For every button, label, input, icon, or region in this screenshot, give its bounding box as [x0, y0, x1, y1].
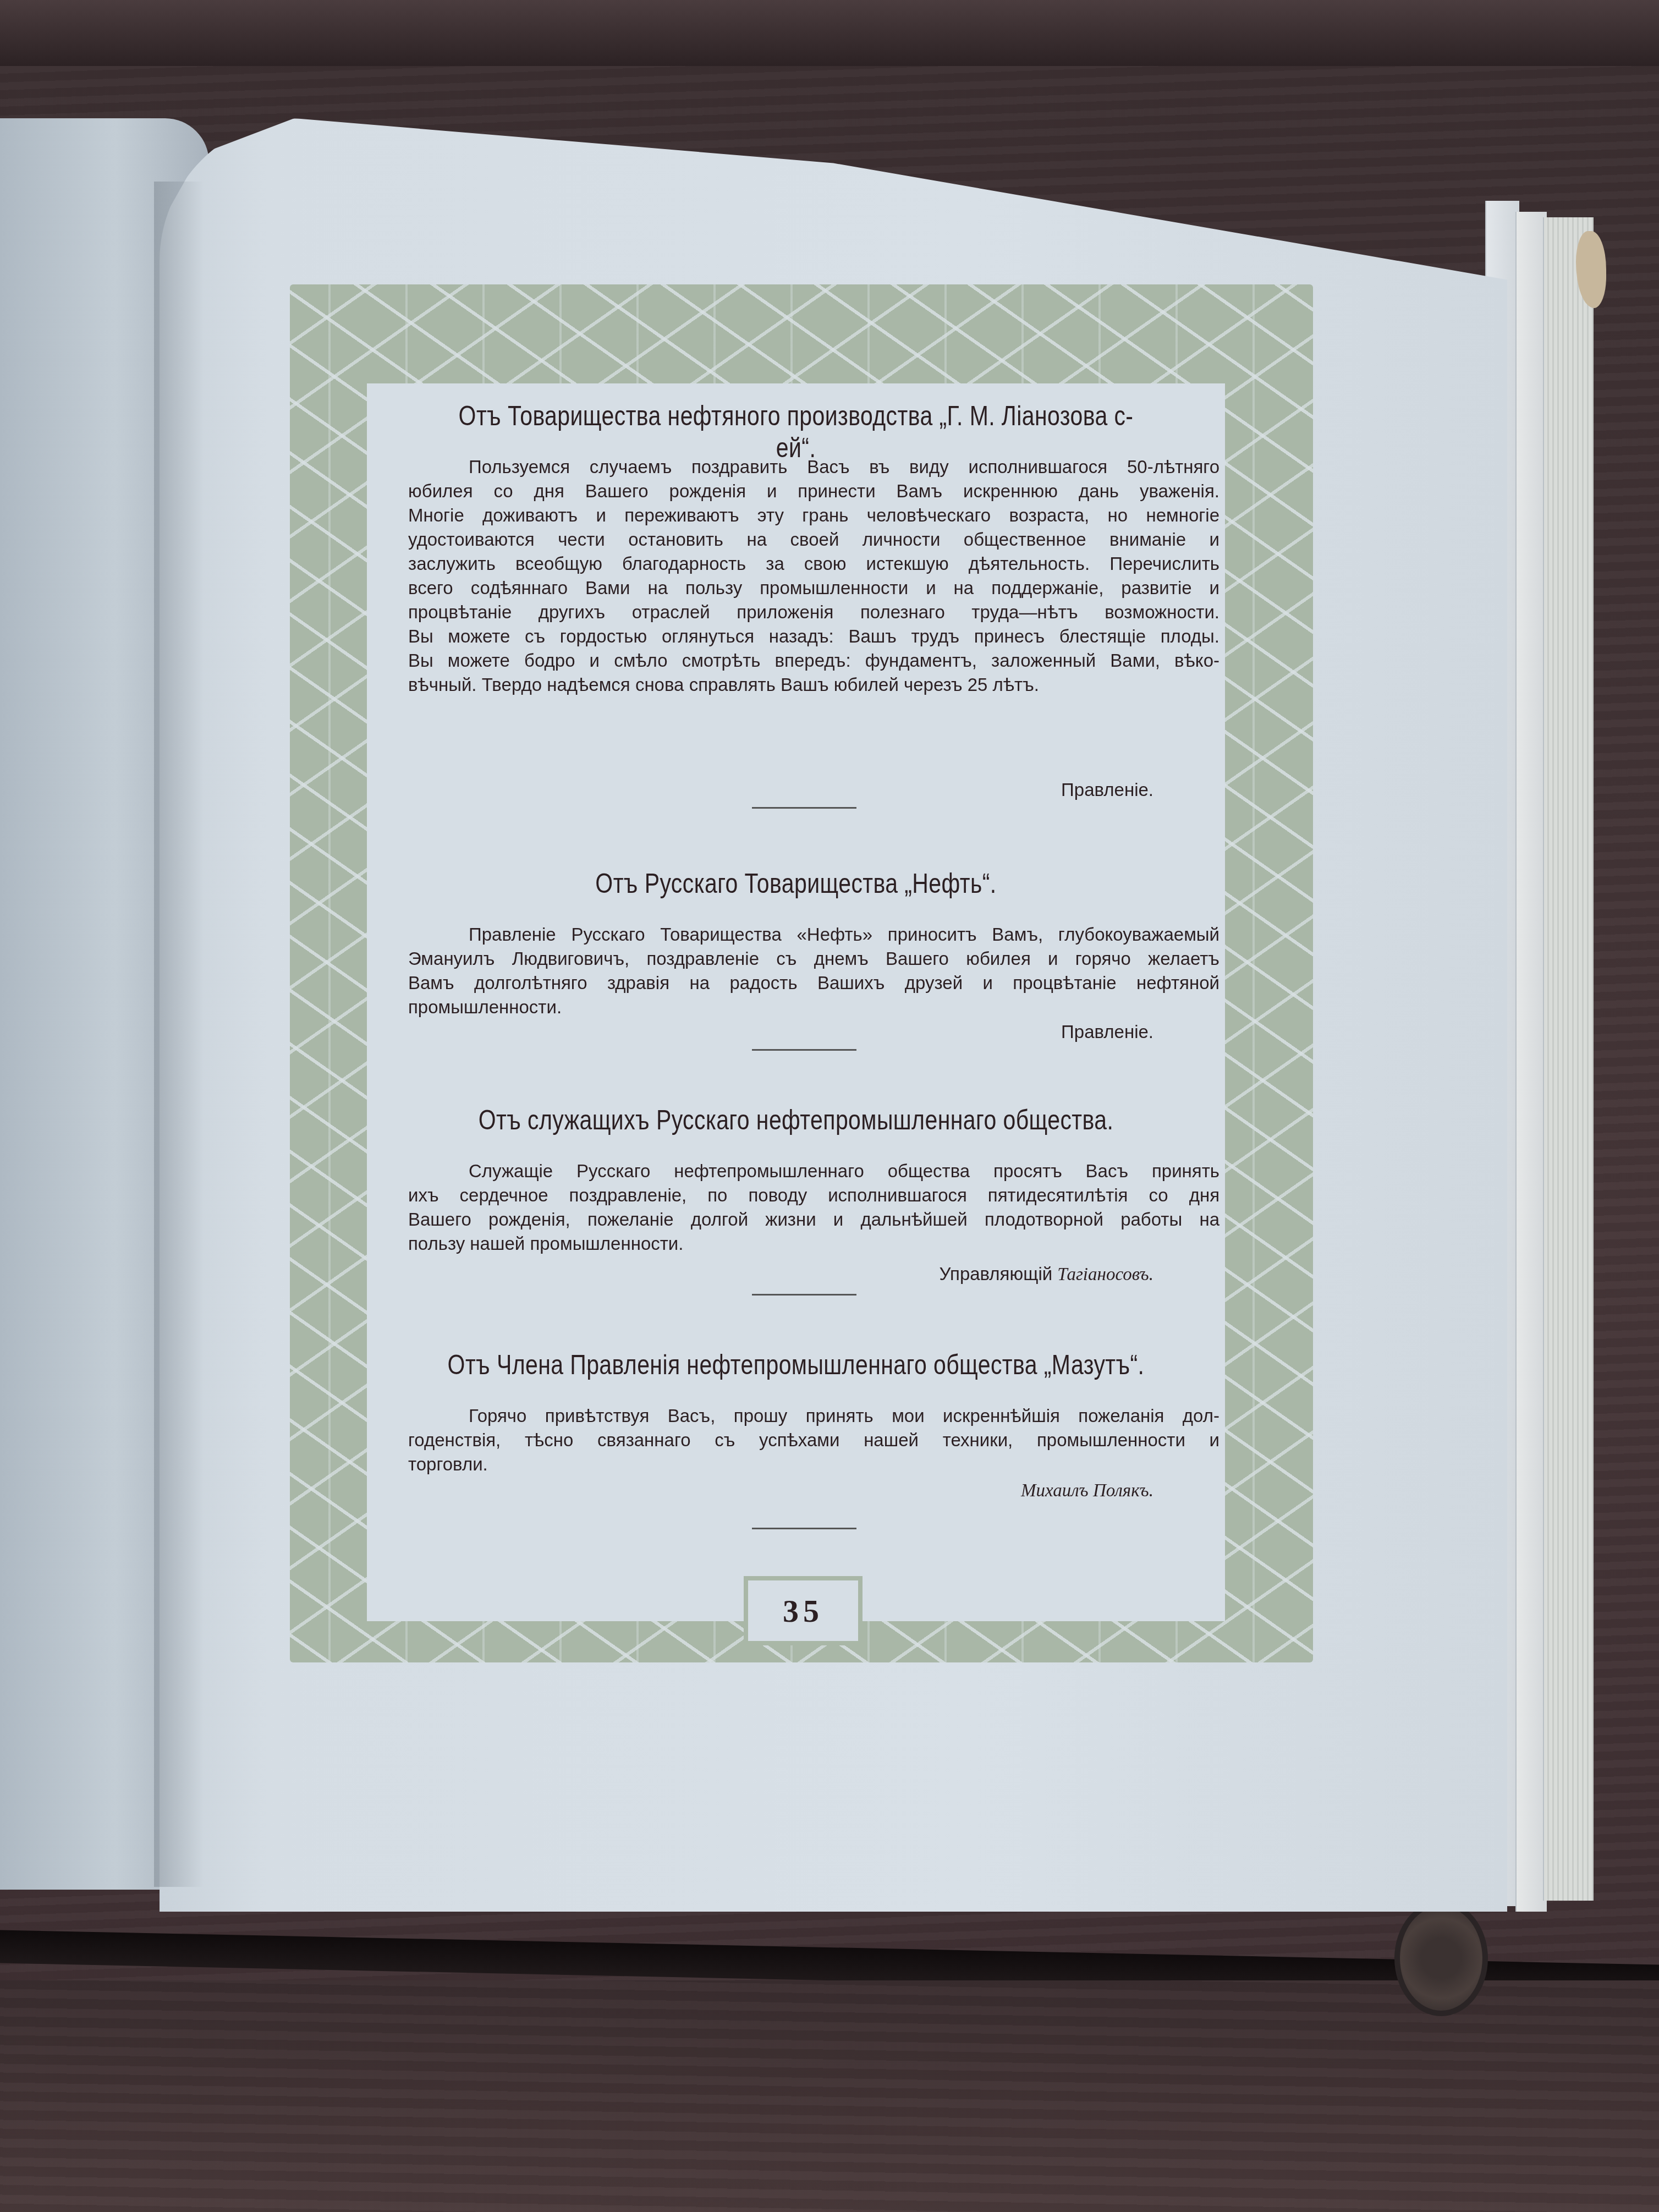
wood-table-plank-top — [0, 0, 1659, 66]
section-body-neft: Правленіе Русскаго Товарищества «Нефть» … — [408, 923, 1219, 1019]
section-divider — [752, 1049, 856, 1051]
text-line: ихъ сердечное поздравленіе, по поводу ис… — [408, 1183, 1219, 1207]
text-line: годенствія, тѣсно связаннаго съ успѣхами… — [408, 1428, 1219, 1452]
text-line: Многіе доживаютъ и переживаютъ эту грань… — [408, 503, 1219, 528]
section-heading-employees: Отъ служащихъ Русскаго нефтепромышленнаг… — [444, 1104, 1147, 1136]
text-line: вѣчный. Твердо надѣемся снова справлять … — [408, 673, 1219, 697]
text-line: Пользуемся случаемъ поздравить Васъ въ в… — [408, 455, 1219, 479]
section-body-lianozov: Пользуемся случаемъ поздравить Васъ въ в… — [408, 455, 1219, 697]
spine-shadow — [154, 182, 204, 1887]
text-panel: Отъ Товарищества нефтяного производства … — [367, 383, 1225, 1621]
wood-knot — [1394, 1901, 1488, 2016]
section-heading-mazut: Отъ Члена Правленія нефтепромышленнаго о… — [444, 1349, 1147, 1381]
section-body-employees: Служащіе Русскаго нефтепромышленнаго общ… — [408, 1159, 1219, 1256]
section-divider — [752, 807, 856, 809]
section-heading-lianozov: Отъ Товарищества нефтяного производства … — [444, 400, 1147, 464]
page-number: 35 — [783, 1593, 823, 1629]
text-line: Вамъ долголѣтняго здравія на радость Ваш… — [408, 971, 1219, 995]
text-line: процвѣтаніе другихъ отраслей приложенія … — [408, 600, 1219, 624]
text-line: Служащіе Русскаго нефтепромышленнаго общ… — [408, 1159, 1219, 1183]
section-divider — [752, 1528, 856, 1529]
signature-manager: Управляющій Тагіаносовъ. — [940, 1264, 1153, 1285]
text-line: Вашего рожденія, пожеланіе долгой жизни … — [408, 1207, 1219, 1232]
signature-board: Правленіе. — [1061, 1022, 1153, 1042]
text-line: Вы можете бодро и смѣло смотрѣть впередъ… — [408, 649, 1219, 673]
signature-name: Тагіаносовъ. — [1057, 1265, 1153, 1285]
leaf-ornament-frame: Отъ Товарищества нефтяного производства … — [290, 284, 1313, 1662]
text-line: пользу нашей промышленности. — [408, 1232, 1219, 1256]
text-line: удостоиваются чести остановить на своей … — [408, 528, 1219, 552]
page-number-box: 35 — [744, 1576, 863, 1645]
text-line: юбилея со дня Вашего рожденія и принести… — [408, 479, 1219, 503]
signature-polyak: Михаилъ Полякъ. — [1021, 1481, 1153, 1501]
section-divider — [752, 1294, 856, 1296]
text-line: промышленности. — [408, 995, 1219, 1019]
section-body-mazut: Горячо привѣтствуя Васъ, прошу принять м… — [408, 1404, 1219, 1477]
wood-table-plank-bottom — [0, 1980, 1659, 2212]
page-block-edge — [1543, 217, 1594, 1901]
signature-board: Правленіе. — [1061, 780, 1153, 800]
signature-title: Управляющій — [940, 1264, 1053, 1284]
text-line: Правленіе Русскаго Товарищества «Нефть» … — [408, 923, 1219, 947]
text-line: Горячо привѣтствуя Васъ, прошу принять м… — [408, 1404, 1219, 1428]
page-stack-edge — [1515, 212, 1547, 1912]
text-line: заслужить всеобщую благодарность за свою… — [408, 552, 1219, 576]
text-line: Эмануилъ Людвиговичъ, поздравленіе съ дн… — [408, 947, 1219, 971]
text-line: Вы можете съ гордостью оглянуться назадъ… — [408, 624, 1219, 649]
text-line: всего содѣяннаго Вами на пользу промышле… — [408, 576, 1219, 600]
section-heading-neft: Отъ Русскаго Товарищества „Нефть“. — [444, 868, 1147, 899]
text-line: торговли. — [408, 1452, 1219, 1477]
